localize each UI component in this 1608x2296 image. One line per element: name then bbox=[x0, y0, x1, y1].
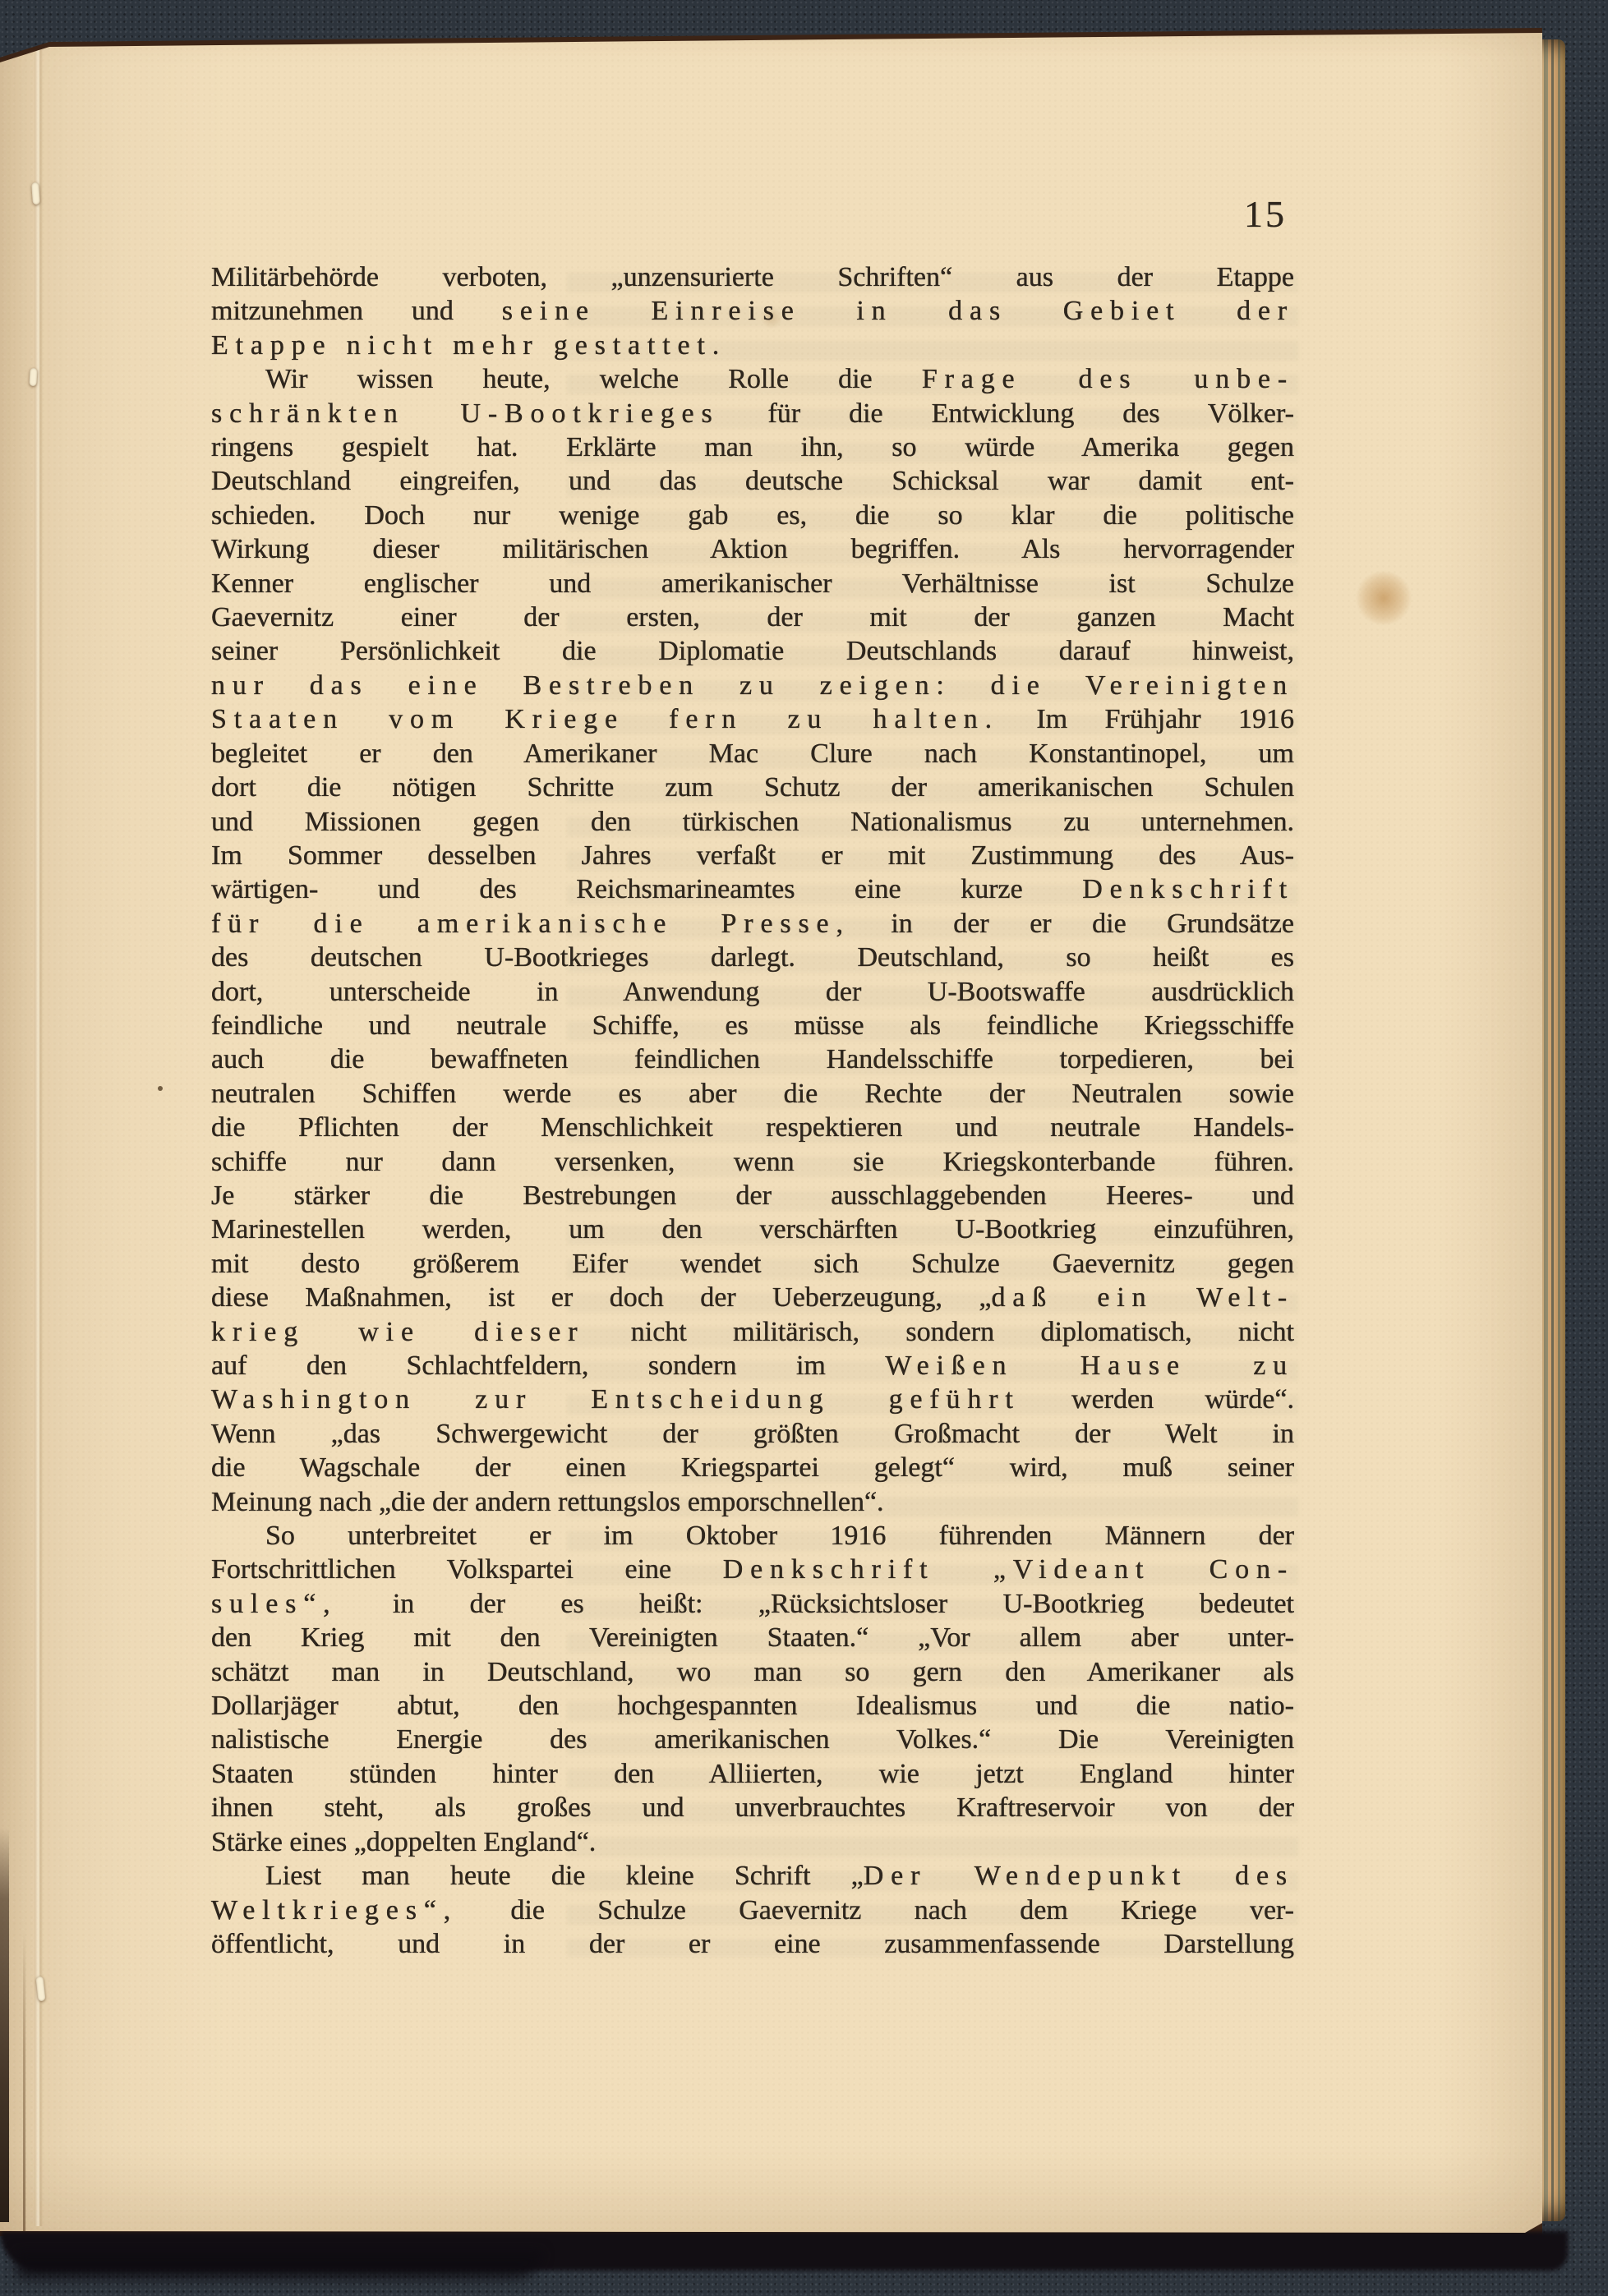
text-segment: feindliche und neutrale Schiffe, es müss… bbox=[211, 1010, 1294, 1041]
text-line: Staaten stünden hinter den Alliierten, w… bbox=[211, 1757, 1294, 1791]
text-line: die Wagschale der einen Kriegspartei gel… bbox=[211, 1451, 1294, 1484]
text-line: Wenn „das Schwergewicht der größten Groß… bbox=[211, 1417, 1294, 1451]
text-line: Staaten vom Kriege fern zu halten. Im Fr… bbox=[211, 702, 1294, 736]
letterspaced-text: Denkschrift bbox=[1082, 874, 1294, 904]
letterspaced-text: Frage des unbe- bbox=[922, 364, 1294, 394]
text-segment: Gaevernitz einer der ersten, der mit der… bbox=[211, 602, 1294, 633]
text-block: Militärbehörde verboten, „unzensurierte … bbox=[211, 260, 1294, 1961]
text-line: Wirkung dieser militärischen Aktion begr… bbox=[211, 532, 1294, 566]
text-segment: Dollarjäger abtut, den hochgespannten Id… bbox=[211, 1691, 1294, 1721]
letterspaced-text: krieg wie dieser bbox=[211, 1317, 584, 1347]
text-segment: schiffe nur dann versenken, wenn sie Kri… bbox=[211, 1147, 1294, 1177]
text-line: dort die nötigen Schritte zum Schutz der… bbox=[211, 771, 1294, 804]
text-segment: diese Maßnahmen, ist er doch der Ueberze… bbox=[211, 1282, 991, 1313]
foxing-stain bbox=[1357, 572, 1411, 624]
text-segment: Im Frühjahr 1916 bbox=[999, 704, 1294, 734]
text-line: ringens gespielt hat. Erklärte man ihn, … bbox=[211, 430, 1294, 464]
letterspaced-text: Denkschrift „Videant Con- bbox=[723, 1554, 1294, 1585]
text-segment: nicht militärisch, sondern diplomatisch,… bbox=[584, 1317, 1294, 1347]
text-segment: Marinestellen werden, um den verschärfte… bbox=[211, 1214, 1294, 1245]
text-line: Fortschrittlichen Volkspartei eine Denks… bbox=[211, 1553, 1294, 1586]
binding-stitch bbox=[31, 182, 40, 205]
text-line: Etappe nicht mehr gestattet. bbox=[211, 329, 1294, 362]
gutter-shadow bbox=[0, 1828, 9, 2222]
text-segment: auf den Schlachtfeldern, sondern im bbox=[211, 1350, 885, 1381]
text-line: Meinung nach „die der andern rettungslos… bbox=[211, 1485, 1294, 1519]
text-line: Gaevernitz einer der ersten, der mit der… bbox=[211, 600, 1294, 634]
text-line: öffentlicht, und in der er eine zusammen… bbox=[211, 1927, 1294, 1961]
letterspaced-text: Weißen Hause zu bbox=[885, 1350, 1294, 1381]
text-line: sules“, in der es heißt: „Rücksichtslose… bbox=[211, 1587, 1294, 1621]
text-line: für die amerikanische Presse, in der er … bbox=[211, 907, 1294, 941]
text-line: Marinestellen werden, um den verschärfte… bbox=[211, 1212, 1294, 1246]
letterspaced-text: schränkten U-Bootkrieges bbox=[211, 398, 720, 429]
text-segment: Wenn „das Schwergewicht der größten Groß… bbox=[211, 1419, 1294, 1449]
text-segment: Wir wissen heute, welche Rolle die bbox=[265, 364, 922, 394]
text-segment: So unterbreitet er im Oktober 1916 führe… bbox=[265, 1521, 1294, 1551]
text-line: Washington zur Entscheidung geführt werd… bbox=[211, 1383, 1294, 1416]
text-segment: des deutschen U-Bootkrieges darlegt. Deu… bbox=[211, 942, 1294, 973]
text-line: Dollarjäger abtut, den hochgespannten Id… bbox=[211, 1689, 1294, 1723]
text-segment: Kenner englischer und amerikanischer Ver… bbox=[211, 568, 1294, 599]
text-line: So unterbreitet er im Oktober 1916 führe… bbox=[211, 1519, 1294, 1553]
text-line: nalistische Energie des amerikanischen V… bbox=[211, 1723, 1294, 1756]
text-segment: begleitet er den Amerikaner Mac Clure na… bbox=[211, 738, 1294, 769]
text-segment: ringens gespielt hat. Erklärte man ihn, … bbox=[211, 432, 1294, 462]
page-number: 15 bbox=[1191, 192, 1287, 236]
letterspaced-text: daß ein Welt- bbox=[991, 1282, 1294, 1313]
text-segment: die Schulze Gaevernitz nach dem Kriege v… bbox=[458, 1895, 1294, 1926]
text-line: diese Maßnahmen, ist er doch der Ueberze… bbox=[211, 1281, 1294, 1314]
text-line: Je stärker die Bestrebungen der ausschla… bbox=[211, 1179, 1294, 1212]
text-segment: Fortschrittlichen Volkspartei eine bbox=[211, 1554, 723, 1585]
letterspaced-text: nur das eine Bestreben zu zeigen: die Ve… bbox=[211, 670, 1294, 701]
page-edges-stack bbox=[1540, 39, 1565, 2221]
text-line: seiner Persönlichkeit die Diplomatie Deu… bbox=[211, 634, 1294, 668]
text-segment: wärtigen- und des Reichsmarineamtes eine… bbox=[211, 874, 1082, 904]
letterspaced-text: für die amerikanische Presse, bbox=[211, 909, 850, 939]
text-line: nur das eine Bestreben zu zeigen: die Ve… bbox=[211, 669, 1294, 702]
text-line: krieg wie dieser nicht militärisch, sond… bbox=[211, 1315, 1294, 1349]
text-segment: Im Sommer desselben Jahres verfaßt er mi… bbox=[211, 840, 1294, 871]
text-line: Weltkrieges“, die Schulze Gaevernitz nac… bbox=[211, 1893, 1294, 1927]
text-segment: seiner Persönlichkeit die Diplomatie Deu… bbox=[211, 636, 1294, 666]
letterspaced-text: sules“, bbox=[211, 1589, 337, 1619]
text-segment: mit desto größerem Eifer wendet sich Sch… bbox=[211, 1249, 1294, 1279]
text-segment: neutralen Schiffen werde es aber die Rec… bbox=[211, 1079, 1294, 1109]
text-line: schiffe nur dann versenken, wenn sie Kri… bbox=[211, 1145, 1294, 1179]
text-segment: werden würde“. bbox=[1021, 1384, 1294, 1415]
text-line: auf den Schlachtfeldern, sondern im Weiß… bbox=[211, 1349, 1294, 1383]
letterspaced-text: Weltkrieges“, bbox=[211, 1895, 458, 1926]
text-segment: nalistische Energie des amerikanischen V… bbox=[211, 1724, 1294, 1755]
text-line: auch die bewaffneten feindlichen Handels… bbox=[211, 1042, 1294, 1076]
text-line: des deutschen U-Bootkrieges darlegt. Deu… bbox=[211, 941, 1294, 974]
text-segment: Liest man heute die kleine Schrift „ bbox=[265, 1861, 864, 1891]
text-segment: in der er die Grundsätze bbox=[850, 909, 1294, 939]
page-shadow-bulge bbox=[16, 2251, 542, 2279]
text-line: und Missionen gegen den türkischen Natio… bbox=[211, 805, 1294, 839]
text-line: wärtigen- und des Reichsmarineamtes eine… bbox=[211, 872, 1294, 906]
text-segment: ihnen steht, als großes und unverbraucht… bbox=[211, 1792, 1294, 1823]
letterspaced-text: seine Einreise in das Gebiet der bbox=[502, 296, 1294, 326]
text-line: Im Sommer desselben Jahres verfaßt er mi… bbox=[211, 839, 1294, 872]
text-segment: auch die bewaffneten feindlichen Handels… bbox=[211, 1044, 1294, 1074]
binding-stitch bbox=[35, 1976, 45, 2002]
letterspaced-text: Staaten vom Kriege fern zu halten. bbox=[211, 704, 999, 734]
text-segment: Deutschland eingreifen, und das deutsche… bbox=[211, 466, 1294, 496]
paper-speck bbox=[158, 1086, 163, 1091]
text-line: die Pflichten der Menschlichkeit respekt… bbox=[211, 1111, 1294, 1144]
text-line: Liest man heute die kleine Schrift „Der … bbox=[211, 1859, 1294, 1893]
text-segment: Wirkung dieser militärischen Aktion begr… bbox=[211, 534, 1294, 564]
text-segment: die Pflichten der Menschlichkeit respekt… bbox=[211, 1112, 1294, 1143]
text-segment: dort, unterscheide in Anwendung der U-Bo… bbox=[211, 977, 1294, 1007]
text-line: ihnen steht, als großes und unverbraucht… bbox=[211, 1791, 1294, 1824]
text-line: mit desto größerem Eifer wendet sich Sch… bbox=[211, 1247, 1294, 1281]
letterspaced-text: Washington zur Entscheidung geführt bbox=[211, 1384, 1021, 1415]
text-segment: in der es heißt: „Rücksichtsloser U-Boot… bbox=[337, 1589, 1294, 1619]
text-line: begleitet er den Amerikaner Mac Clure na… bbox=[211, 737, 1294, 771]
text-segment: dort die nötigen Schritte zum Schutz der… bbox=[211, 772, 1294, 803]
text-segment: schieden. Doch nur wenige gab es, die so… bbox=[211, 500, 1294, 531]
text-line: schränkten U-Bootkrieges für die Entwick… bbox=[211, 397, 1294, 430]
text-line: Deutschland eingreifen, und das deutsche… bbox=[211, 464, 1294, 498]
letterspaced-text: Der Wendepunkt des bbox=[864, 1861, 1294, 1891]
text-segment: den Krieg mit den Vereinigten Staaten.“ … bbox=[211, 1622, 1294, 1653]
book-page: 15 Militärbehörde verboten, „unzensurier… bbox=[0, 0, 1542, 2233]
text-segment: Stärke eines „doppelten England“. bbox=[211, 1827, 596, 1857]
text-segment: die Wagschale der einen Kriegspartei gel… bbox=[211, 1452, 1294, 1483]
text-line: dort, unterscheide in Anwendung der U-Bo… bbox=[211, 975, 1294, 1009]
text-segment: für die Entwicklung des Völker- bbox=[720, 398, 1294, 429]
binding-stitch bbox=[29, 368, 37, 386]
text-segment: und Missionen gegen den türkischen Natio… bbox=[211, 807, 1294, 837]
text-line: Stärke eines „doppelten England“. bbox=[211, 1825, 1294, 1859]
text-segment: Je stärker die Bestrebungen der ausschla… bbox=[211, 1180, 1294, 1211]
text-segment: Staaten stünden hinter den Alliierten, w… bbox=[211, 1759, 1294, 1789]
text-segment: öffentlicht, und in der er eine zusammen… bbox=[211, 1929, 1294, 1959]
text-segment: Meinung nach „die der andern rettungslos… bbox=[211, 1487, 884, 1517]
text-segment: Militärbehörde verboten, „unzensurierte … bbox=[211, 262, 1294, 292]
text-line: Militärbehörde verboten, „unzensurierte … bbox=[211, 260, 1294, 294]
text-line: schätzt man in Deutschland, wo man so ge… bbox=[211, 1655, 1294, 1689]
gutter-fold-line bbox=[23, 1930, 25, 2231]
text-line: neutralen Schiffen werde es aber die Rec… bbox=[211, 1077, 1294, 1111]
text-line: Wir wissen heute, welche Rolle die Frage… bbox=[211, 362, 1294, 396]
text-segment: schätzt man in Deutschland, wo man so ge… bbox=[211, 1657, 1294, 1687]
text-line: schieden. Doch nur wenige gab es, die so… bbox=[211, 499, 1294, 532]
letterspaced-text: Etappe nicht mehr gestattet. bbox=[211, 330, 726, 361]
text-segment: mitzunehmen und bbox=[211, 296, 502, 326]
text-line: feindliche und neutrale Schiffe, es müss… bbox=[211, 1009, 1294, 1042]
text-line: mitzunehmen und seine Einreise in das Ge… bbox=[211, 294, 1294, 328]
text-line: den Krieg mit den Vereinigten Staaten.“ … bbox=[211, 1621, 1294, 1654]
text-line: Kenner englischer und amerikanischer Ver… bbox=[211, 567, 1294, 600]
photo-background: 15 Militärbehörde verboten, „unzensurier… bbox=[0, 0, 1608, 2296]
